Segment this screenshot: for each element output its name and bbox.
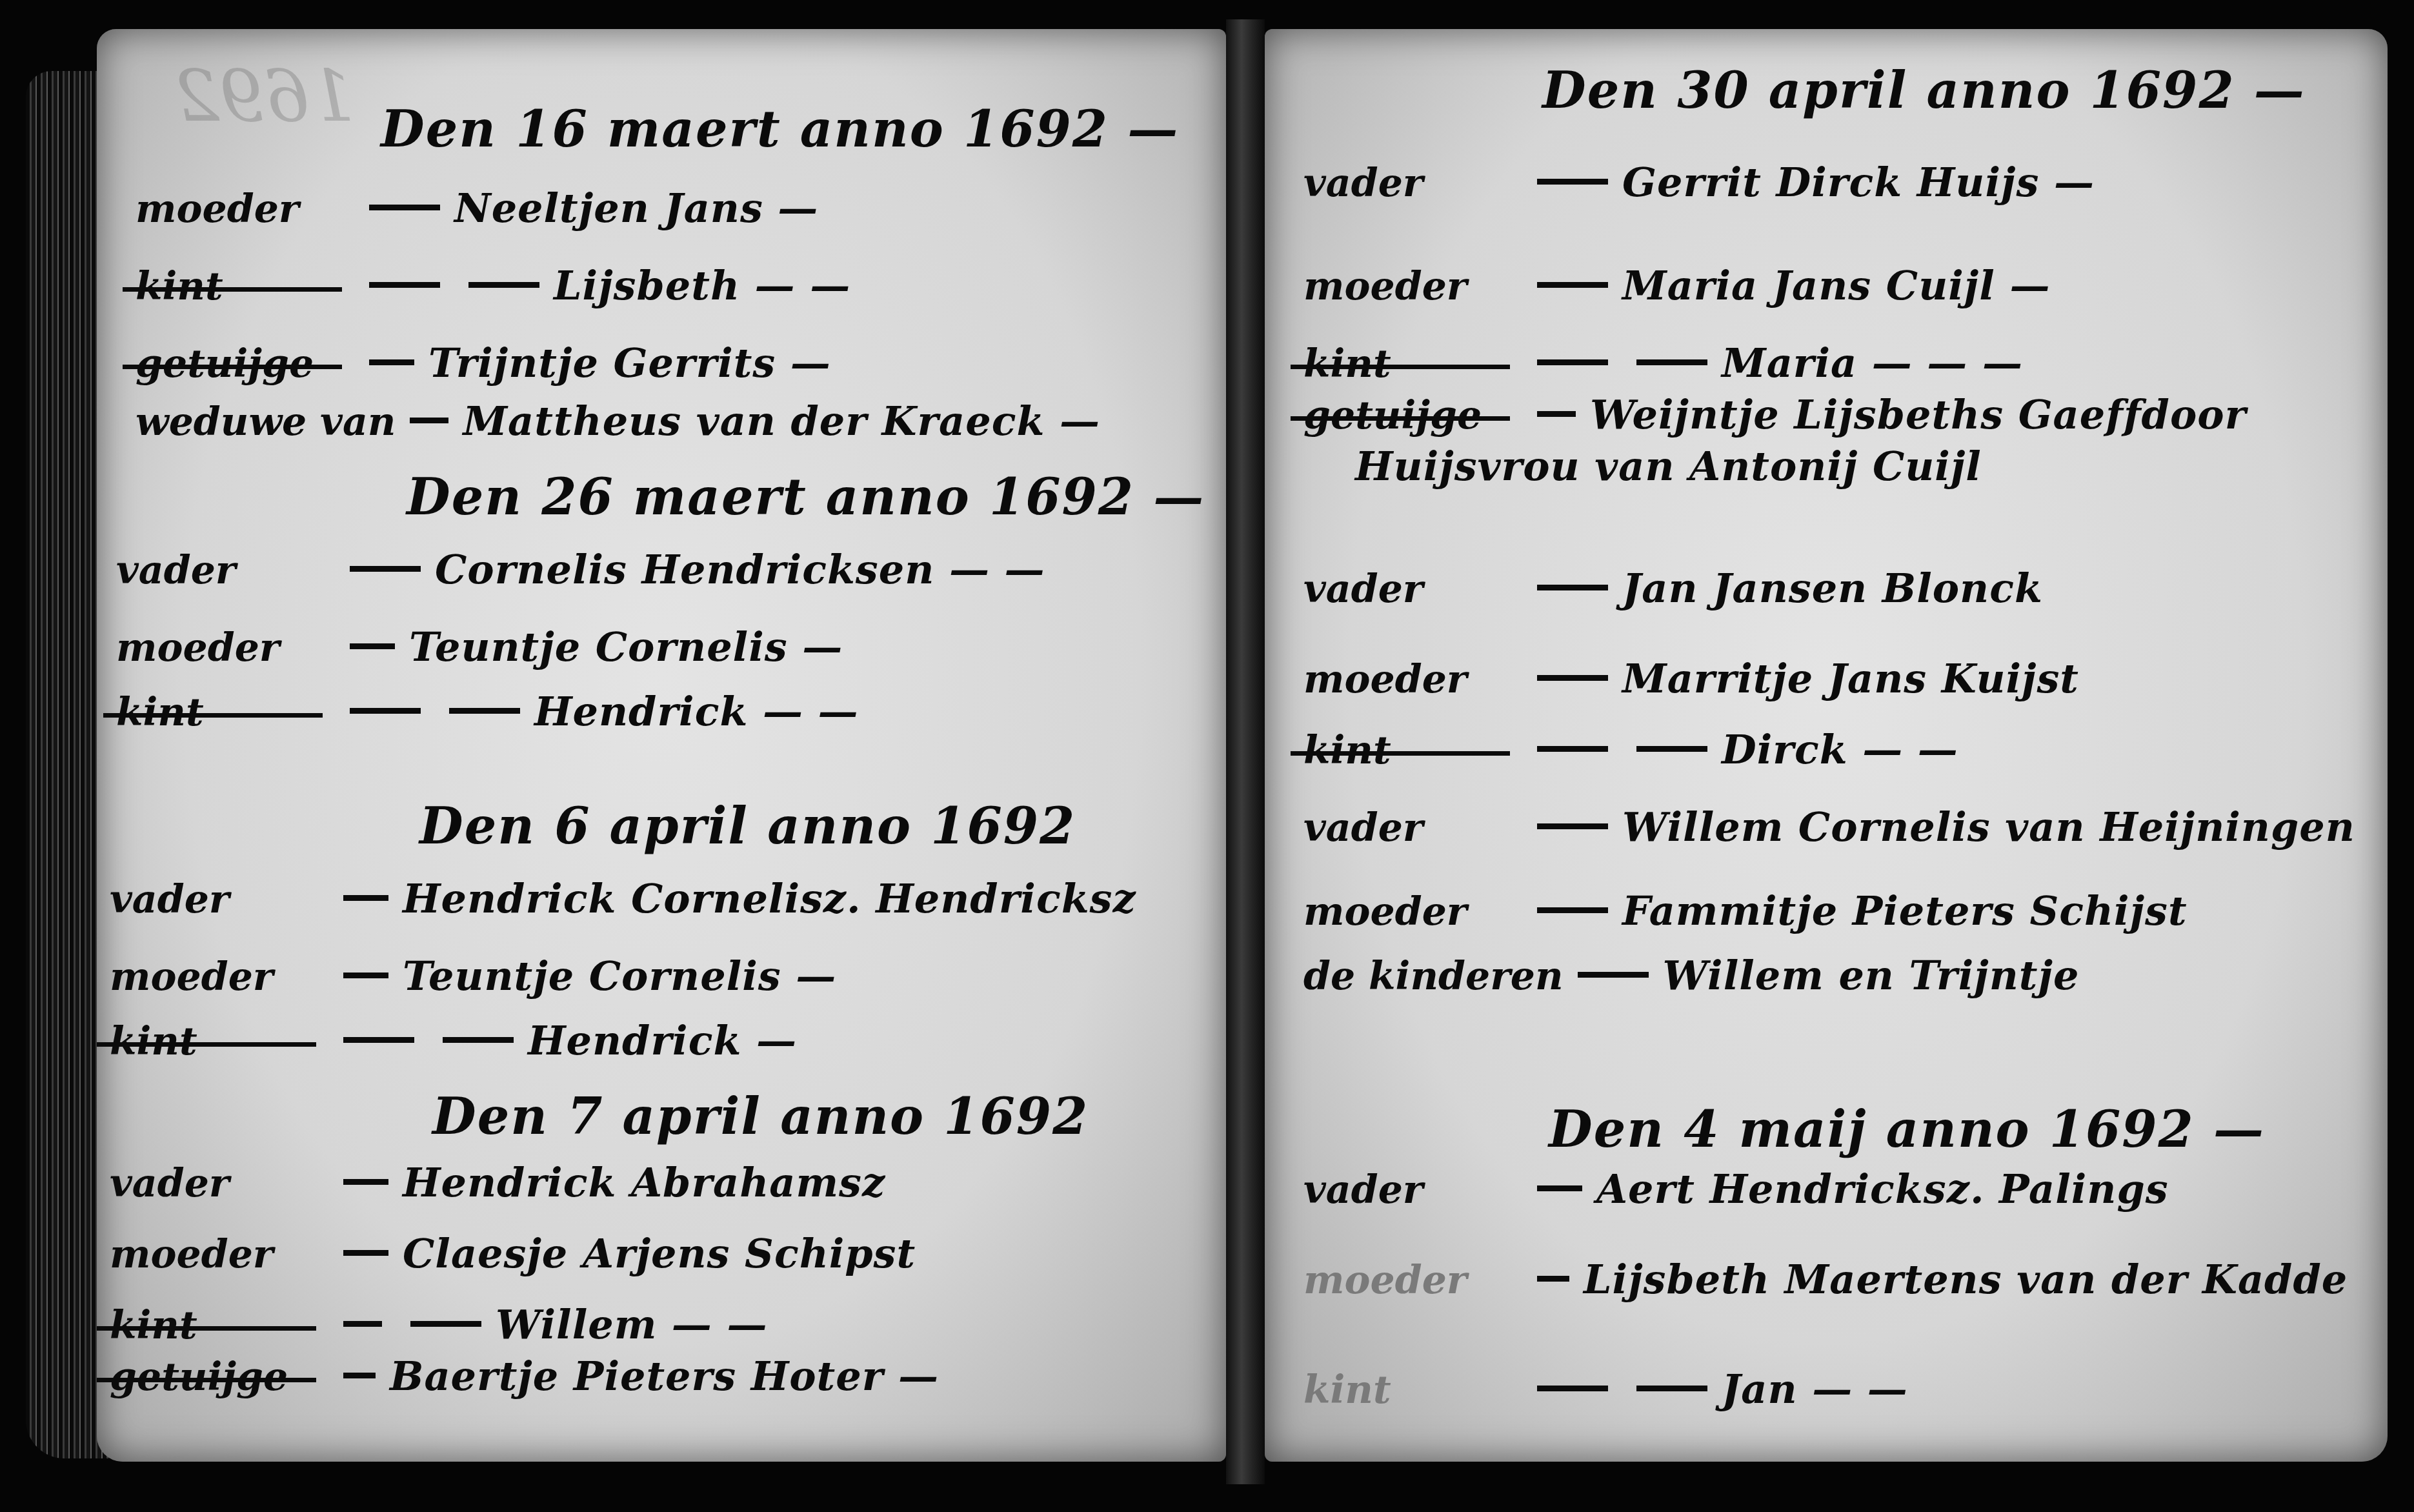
person-name: Willem Cornelis van Heijningen: [1622, 803, 2355, 851]
person-name: Trijntje Gerrits —: [428, 339, 831, 387]
entry-date: Den 30 april anno 1692 —: [1542, 61, 2306, 120]
role-label: vader: [1303, 1167, 1523, 1213]
entry-date: Den 4 maij anno 1692 —: [1549, 1100, 2348, 1159]
entry-7: vaderWillem Cornelis van Heijningen moed…: [1303, 803, 2355, 1016]
person-name: Aert Hendricksz. Palings: [1596, 1165, 2169, 1213]
role-label: vader: [110, 1161, 329, 1206]
person-name: Hendrick Abrahamsz: [403, 1159, 885, 1206]
person-name: Neeltjen Jans —: [454, 185, 818, 232]
role-label: vader: [110, 877, 329, 922]
entry-5: Den 30 april anno 1692 — vaderGerrit Dir…: [1303, 61, 2306, 494]
entry-line: vaderGerrit Dirck Huijs —: [1303, 159, 2306, 262]
entry-line: kintLijsbeth — —: [136, 262, 1179, 339]
entry-date: Den 7 april anno 1692: [432, 1087, 1089, 1146]
entry-line: moederNeeltjen Jans —: [136, 185, 1179, 262]
entry-line: moederClaesje Arjens Schipst: [110, 1230, 1089, 1301]
role-label: moeder: [136, 186, 355, 232]
entry-line: moederLijsbeth Maertens van der Kadde: [1303, 1256, 2348, 1366]
role-label: de kinderen: [1303, 954, 1564, 999]
role-label: moeder: [110, 1232, 329, 1277]
role-label: moeder: [1303, 264, 1523, 309]
role-label: moeder: [110, 954, 329, 1000]
role-label: kint: [110, 1019, 329, 1064]
entry-date: Den 6 april anno 1692: [419, 797, 1136, 856]
entry-line: moederTeuntje Cornelis —: [116, 623, 1205, 688]
entry-line: vaderAert Hendricksz. Palings: [1303, 1165, 2348, 1256]
person-name: Jan Jansen Blonck: [1622, 565, 2043, 612]
person-name: Gerrit Dirck Huijs —: [1622, 159, 2095, 206]
entry-line: moederTeuntje Cornelis —: [110, 953, 1136, 1017]
role-label: kint: [136, 264, 355, 309]
person-name: Mattheus van der Kraeck —: [463, 398, 1100, 445]
role-label: moeder: [1303, 1258, 1523, 1303]
role-label: kint: [1303, 1367, 1523, 1413]
role-label: kint: [1303, 341, 1523, 387]
entry-line: getuijgeWeijntje Lijsbeths Gaeffdoor: [1303, 391, 2306, 443]
role-label: kint: [116, 690, 336, 735]
right-page: Den 30 april anno 1692 — vaderGerrit Dir…: [1265, 29, 2388, 1462]
entry-line: kintDirck — —: [1303, 726, 2079, 810]
role-label: vader: [1303, 161, 1523, 206]
person-name: Hendrick Cornelisz. Hendricksz: [403, 875, 1136, 922]
person-name: Lijsbeth Maertens van der Kadde: [1584, 1256, 2348, 1303]
entry-line: moederMarritje Jans Kuijst: [1303, 655, 2079, 726]
person-name: Hendrick — —: [534, 688, 859, 735]
role-label: weduwe van: [136, 399, 396, 445]
entry-1: Den 16 maert anno 1692 — moederNeeltjen …: [136, 100, 1179, 456]
entry-line: kintMaria — — —: [1303, 339, 2306, 391]
person-name: Weijntje Lijsbeths Gaeffdoor: [1590, 391, 2246, 438]
role-label: vader: [116, 548, 336, 593]
entry-line: vaderJan Jansen Blonck: [1303, 565, 2079, 655]
entry-date: Den 26 maert anno 1692 —: [407, 468, 1205, 527]
role-label: getuijge: [136, 341, 355, 387]
entry-line: kintJan — —: [1303, 1366, 2348, 1443]
entry-2: Den 26 maert anno 1692 — vaderCornelis H…: [116, 468, 1205, 765]
entry-3: Den 6 april anno 1692 vaderHendrick Corn…: [110, 797, 1136, 1094]
role-label: vader: [1303, 805, 1523, 851]
entry-line: Huijsvrou van Antonij Cuijl: [1303, 443, 2306, 494]
person-name: Baertje Pieters Hoter —: [390, 1353, 939, 1400]
person-name: Teuntje Cornelis —: [409, 623, 843, 670]
person-name: Willem en Trijntje: [1663, 952, 2080, 999]
person-name: Marritje Jans Kuijst: [1622, 655, 2079, 702]
role-label: kint: [110, 1303, 329, 1348]
person-name: Dirck — —: [1722, 726, 1958, 773]
person-name: Hendrick —: [528, 1017, 797, 1064]
entry-line: vaderHendrick Abrahamsz: [110, 1159, 1089, 1230]
role-label: getuijge: [1303, 393, 1523, 438]
role-label: kint: [1303, 728, 1523, 773]
entry-date: Den 16 maert anno 1692 —: [381, 100, 1179, 159]
person-name: Huijsvrou van Antonij Cuijl: [1355, 443, 1982, 490]
role-label: moeder: [116, 625, 336, 670]
entry-line: getuijgeTrijntje Gerrits —: [136, 339, 1179, 398]
person-name: Lijsbeth — —: [554, 262, 850, 309]
person-name: Teuntje Cornelis —: [403, 953, 836, 1000]
entry-line: kintWillem — —: [110, 1301, 1089, 1353]
entry-line: kintHendrick — —: [116, 688, 1205, 765]
entry-line: vaderHendrick Cornelisz. Hendricksz: [110, 875, 1136, 953]
person-name: Cornelis Hendricksen — —: [435, 546, 1045, 593]
role-label: getuijge: [110, 1355, 329, 1400]
entry-line: vaderWillem Cornelis van Heijningen: [1303, 803, 2355, 887]
entry-6: vaderJan Jansen Blonck moederMarritje Ja…: [1303, 565, 2079, 810]
role-label: moeder: [1303, 889, 1523, 934]
person-name: Jan — —: [1722, 1366, 1908, 1413]
entry-line: kintHendrick —: [110, 1017, 1136, 1094]
entry-8: Den 4 maij anno 1692 — vaderAert Hendric…: [1303, 1100, 2348, 1443]
person-name: Claesje Arjens Schipst: [403, 1230, 916, 1277]
left-page: 1692 Den 16 maert anno 1692 — moederNeel…: [97, 29, 1226, 1462]
entry-line: vaderCornelis Hendricksen — —: [116, 546, 1205, 623]
book-gutter: [1226, 19, 1265, 1484]
entry-line: getuijgeBaertje Pieters Hoter —: [110, 1353, 1089, 1430]
person-name: Willem — —: [496, 1301, 767, 1348]
entry-line: de kinderenWillem en Trijntje: [1303, 952, 2355, 1016]
role-label: vader: [1303, 567, 1523, 612]
person-name: Maria Jans Cuijl —: [1622, 262, 2050, 309]
entry-line: moederMaria Jans Cuijl —: [1303, 262, 2306, 339]
entry-4: Den 7 april anno 1692 vaderHendrick Abra…: [110, 1087, 1089, 1430]
entry-line: weduwe vanMattheus van der Kraeck —: [136, 398, 1179, 456]
person-name: Fammitje Pieters Schijst: [1622, 887, 2188, 934]
role-label: moeder: [1303, 657, 1523, 702]
person-name: Maria — — —: [1722, 339, 2023, 387]
entry-line: moederFammitje Pieters Schijst: [1303, 887, 2355, 952]
